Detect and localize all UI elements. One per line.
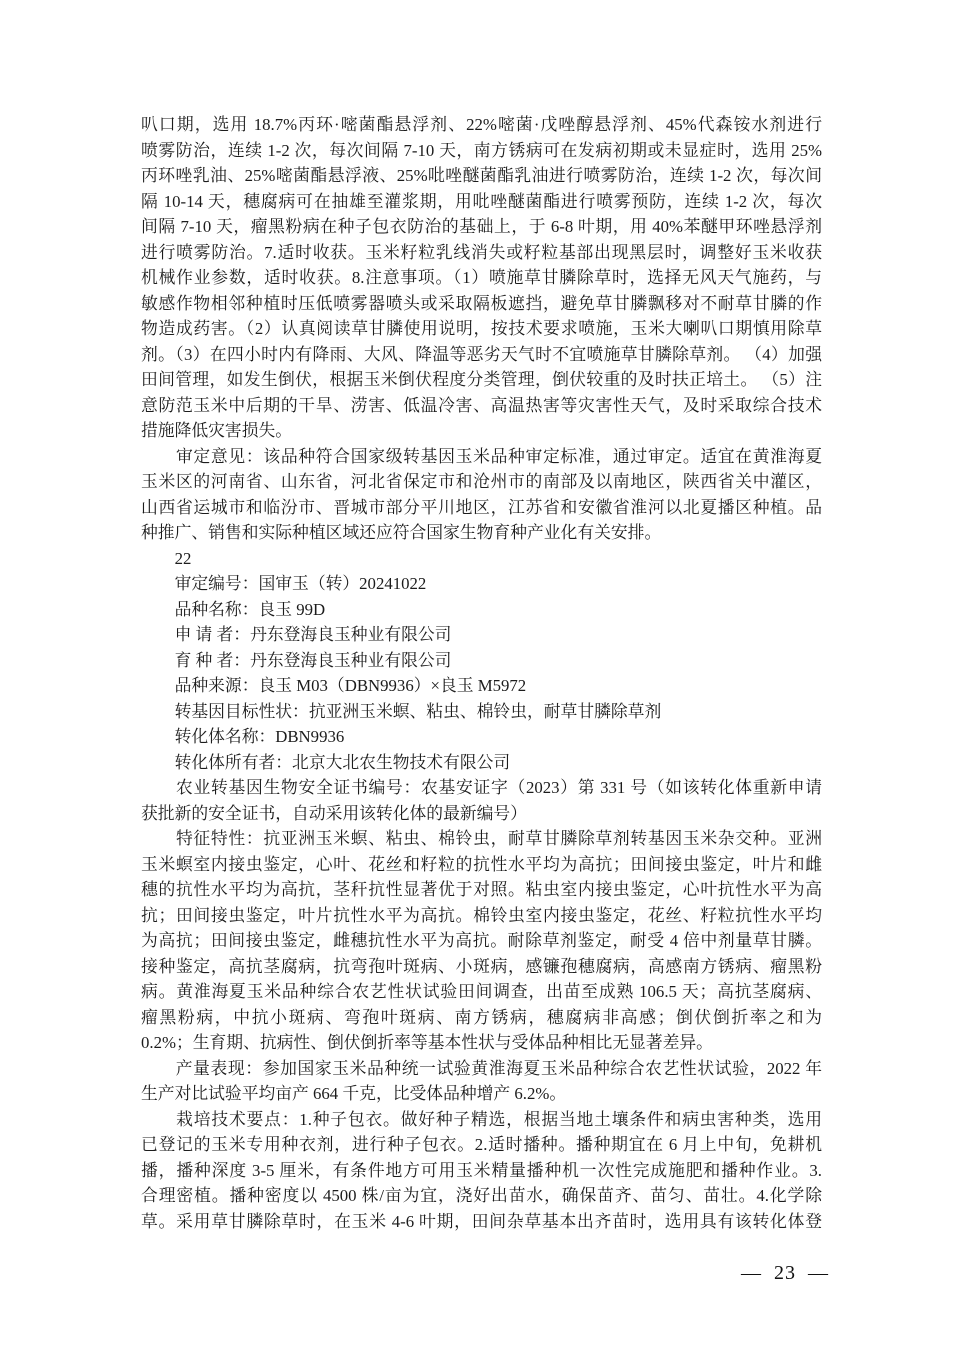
text-line: 为高抗；田间接虫鉴定，雌穗抗性水平为高抗。耐除草剂鉴定，耐受 4 倍中剂量草甘膦… bbox=[141, 928, 822, 954]
document-body: 叭口期，选用 18.7%丙环·嘧菌酯悬浮剂、22%嘧菌·戊唑醇悬浮剂、45%代森… bbox=[141, 112, 822, 1234]
paragraph-field-breeder: 育 种 者：丹东登海良玉种业有限公司 bbox=[141, 648, 822, 674]
text-line: 山西省运城市和临汾市、晋城市部分平川地区，江苏省和安徽省淮河以北夏播区种植。品 bbox=[141, 495, 822, 521]
paragraph-entry-number: 22 bbox=[141, 546, 822, 572]
text-line: 穗的抗性水平均为高抗，茎秆抗性显著优于对照。粘虫室内接虫鉴定，心叶抗性水平为高 bbox=[141, 877, 822, 903]
text-line: 已登记的玉米专用种衣剂，进行种子包衣。2.适时播种。播种期宜在 6 月上中旬，免… bbox=[141, 1132, 822, 1158]
text-line: 抗；田间接虫鉴定，叶片抗性水平为高抗。棉铃虫室内接虫鉴定，花丝、籽粒抗性水平均 bbox=[141, 903, 822, 929]
text-line: 病。黄淮海夏玉米品种综合农艺性状试验田间调查，出苗至成熟 106.5 天；高抗茎… bbox=[141, 979, 822, 1005]
text-line: 草。采用草甘膦除草时，在玉米 4-6 叶期，田间杂草基本出齐苗时，选用具有该转化… bbox=[141, 1209, 822, 1235]
text-line: 申 请 者：丹东登海良玉种业有限公司 bbox=[141, 622, 822, 648]
page-number: — 23 — bbox=[730, 1258, 840, 1288]
text-line: 措施降低灾害损失。 bbox=[141, 418, 822, 444]
text-line: 品种名称：良玉 99D bbox=[141, 597, 822, 623]
paragraph-characteristics: 特征特性：抗亚洲玉米螟、粘虫、棉铃虫，耐草甘膦除草剂转基因玉米杂交种。亚洲玉米螟… bbox=[141, 826, 822, 1056]
text-line: 剂。（3）在四小时内有降雨、大风、降温等恶劣天气时不宜喷施草甘膦除草剂。 （4）… bbox=[141, 342, 822, 368]
text-line: 物造成药害。（2）认真阅读草甘膦使用说明，按技术要求喷施，玉米大喇叭口期慎用除草 bbox=[141, 316, 822, 342]
text-line: 品种来源：良玉 M03（DBN9936）×良玉 M5972 bbox=[141, 673, 822, 699]
text-line: 转基因目标性状：抗亚洲玉米螟、粘虫、棉铃虫，耐草甘膦除草剂 bbox=[141, 699, 822, 725]
text-line: 转化体所有者：北京大北农生物技术有限公司 bbox=[141, 750, 822, 776]
text-line: 22 bbox=[141, 546, 822, 572]
text-line: 合理密植。播种密度以 4500 株/亩为宜，浇好出苗水，确保苗齐、苗匀、苗壮。4… bbox=[141, 1183, 822, 1209]
text-line: 特征特性：抗亚洲玉米螟、粘虫、棉铃虫，耐草甘膦除草剂转基因玉米杂交种。亚洲 bbox=[141, 826, 822, 852]
text-line: 0.2%；生育期、抗病性、倒伏倒折率等基本性状与受体品种相比无显著差异。 bbox=[141, 1030, 822, 1056]
text-line: 育 种 者：丹东登海良玉种业有限公司 bbox=[141, 648, 822, 674]
text-line: 审定编号：国审玉（转）20241022 bbox=[141, 571, 822, 597]
text-line: 栽培技术要点：1.种子包衣。做好种子精选，根据当地土壤条件和病虫害种类，选用 bbox=[141, 1107, 822, 1133]
text-line: 隔 10-14 天，穗腐病可在抽雄至灌浆期，用吡唑醚菌酯进行喷雾预防，连续 1-… bbox=[141, 189, 822, 215]
paragraph-field-transformant-name: 转化体名称：DBN9936 bbox=[141, 724, 822, 750]
text-line: 播，播种深度 3-5 厘米，有条件地方可用玉米精量播种机一次性完成施肥和播种作业… bbox=[141, 1158, 822, 1184]
paragraph-field-gm-target-traits: 转基因目标性状：抗亚洲玉米螟、粘虫、棉铃虫，耐草甘膦除草剂 bbox=[141, 699, 822, 725]
paragraph-field-transformant-owner: 转化体所有者：北京大北农生物技术有限公司 bbox=[141, 750, 822, 776]
text-line: 叭口期，选用 18.7%丙环·嘧菌酯悬浮剂、22%嘧菌·戊唑醇悬浮剂、45%代森… bbox=[141, 112, 822, 138]
paragraph-field-variety-source: 品种来源：良玉 M03（DBN9936）×良玉 M5972 bbox=[141, 673, 822, 699]
paragraph-field-applicant: 申 请 者：丹东登海良玉种业有限公司 bbox=[141, 622, 822, 648]
paragraph-cultivation-techniques: 栽培技术要点：1.种子包衣。做好种子精选，根据当地土壤条件和病虫害种类，选用已登… bbox=[141, 1107, 822, 1235]
text-line: 农业转基因生物安全证书编号：农基安证字（2023）第 331 号（如该转化体重新… bbox=[141, 775, 822, 801]
text-line: 接种鉴定，高抗茎腐病，抗弯孢叶斑病、小斑病，感镰孢穗腐病，高感南方锈病、瘤黑粉 bbox=[141, 954, 822, 980]
text-line: 产量表现：参加国家玉米品种统一试验黄淮海夏玉米品种综合农艺性状试验，2022 年 bbox=[141, 1056, 822, 1082]
text-line: 审定意见：该品种符合国家级转基因玉米品种审定标准，通过审定。适宜在黄淮海夏 bbox=[141, 444, 822, 470]
paragraph-pest-control-continued: 叭口期，选用 18.7%丙环·嘧菌酯悬浮剂、22%嘧菌·戊唑醇悬浮剂、45%代森… bbox=[141, 112, 822, 444]
paragraph-approval-opinion: 审定意见：该品种符合国家级转基因玉米品种审定标准，通过审定。适宜在黄淮海夏玉米区… bbox=[141, 444, 822, 546]
text-line: 意防范玉米中后期的干旱、涝害、低温冷害、高温热害等灾害性天气，及时采取综合技术 bbox=[141, 393, 822, 419]
text-line: 田间管理，如发生倒伏，根据玉米倒伏程度分类管理，倒伏较重的及时扶正培土。 （5）… bbox=[141, 367, 822, 393]
text-line: 进行喷雾防治。7.适时收获。玉米籽粒乳线消失或籽粒基部出现黑层时，调整好玉米收获 bbox=[141, 240, 822, 266]
text-line: 转化体名称：DBN9936 bbox=[141, 724, 822, 750]
text-line: 玉米区的河南省、山东省，河北省保定市和沧州市的南部及以南地区，陕西省关中灌区， bbox=[141, 469, 822, 495]
text-line: 间隔 7-10 天，瘤黑粉病在种子包衣防治的基础上，于 6-8 叶期，用 40%… bbox=[141, 214, 822, 240]
paragraph-field-biosafety-certificate: 农业转基因生物安全证书编号：农基安证字（2023）第 331 号（如该转化体重新… bbox=[141, 775, 822, 826]
text-line: 机械作业参数，适时收获。8.注意事项。（1）喷施草甘膦除草时，选择无风天气施药，… bbox=[141, 265, 822, 291]
text-line: 种推广、销售和实际种植区域还应符合国家生物育种产业化有关安排。 bbox=[141, 520, 822, 546]
paragraph-field-variety-name: 品种名称：良玉 99D bbox=[141, 597, 822, 623]
text-line: 丙环唑乳油、25%嘧菌酯悬浮液、25%吡唑醚菌酯乳油进行喷雾防治，连续 1-2 … bbox=[141, 163, 822, 189]
text-line: 玉米螟室内接虫鉴定，心叶、花丝和籽粒的抗性水平均为高抗；田间接虫鉴定，叶片和雌 bbox=[141, 852, 822, 878]
text-line: 敏感作物相邻种植时压低喷雾器喷头或采取隔板遮挡，避免草甘膦飘移对不耐草甘膦的作 bbox=[141, 291, 822, 317]
text-line: 生产对比试验平均亩产 664 千克，比受体品种增产 6.2%。 bbox=[141, 1081, 822, 1107]
paragraph-field-approval-id: 审定编号：国审玉（转）20241022 bbox=[141, 571, 822, 597]
text-line: 瘤黑粉病，中抗小斑病、弯孢叶斑病、南方锈病，穗腐病非高感；倒伏倒折率之和为 bbox=[141, 1005, 822, 1031]
text-line: 获批新的安全证书，自动采用该转化体的最新编号） bbox=[141, 801, 822, 827]
paragraph-yield-performance: 产量表现：参加国家玉米品种统一试验黄淮海夏玉米品种综合农艺性状试验，2022 年… bbox=[141, 1056, 822, 1107]
text-line: 喷雾防治，连续 1-2 次，每次间隔 7-10 天，南方锈病可在发病初期或未显症… bbox=[141, 138, 822, 164]
